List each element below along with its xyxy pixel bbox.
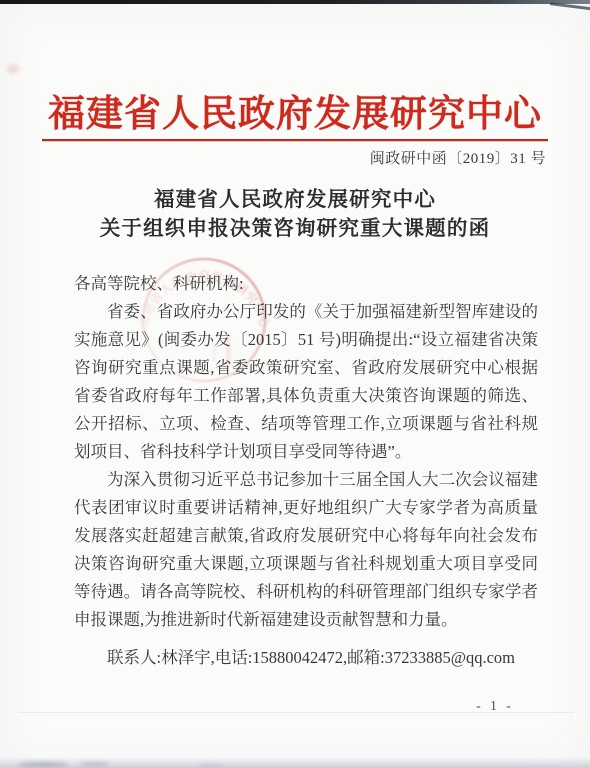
page-number: - 1 - xyxy=(452,698,538,714)
scanned-letter-page: 福建省人民政府发展研究中心 闽政研中函〔2019〕31 号 福建省人民政府发展研… xyxy=(0,0,590,768)
scan-edge-artifact-top xyxy=(0,0,590,4)
letter-body: 各高等院校、科研机构: 省委、省政府办公厅印发的《关于加强福建新型智库建设的实施… xyxy=(74,270,538,672)
letterhead-org-name: 福建省人民政府发展研究中心 xyxy=(0,83,590,137)
letterhead-red-rule xyxy=(42,139,548,141)
scan-smudge-artifact xyxy=(6,64,20,74)
body-paragraph-2: 为深入贯彻习近平总书记参加十三届全国人大二次会议福建代表团审议时重要讲话精神,更… xyxy=(74,466,538,634)
document-title-line2: 关于组织申报决策咨询研究重大课题的函 xyxy=(0,215,590,244)
document-title-line1: 福建省人民政府发展研究中心 xyxy=(0,186,590,215)
salutation: 各高等院校、科研机构: xyxy=(74,270,538,298)
body-paragraph-1: 省委、省政府办公厅印发的《关于加强福建新型智库建设的实施意见》(闽委办发〔201… xyxy=(74,298,538,466)
scan-smudge-artifact xyxy=(80,762,110,766)
scan-smudge-artifact xyxy=(18,762,68,767)
document-number: 闽政研中函〔2019〕31 号 xyxy=(370,147,546,168)
scan-smudge-artifact xyxy=(198,764,224,767)
contact-line: 联系人:林泽宇,电话:15880042472,邮箱:37233885@qq.co… xyxy=(74,644,538,672)
document-title: 福建省人民政府发展研究中心 关于组织申报决策咨询研究重大课题的函 xyxy=(0,186,590,244)
